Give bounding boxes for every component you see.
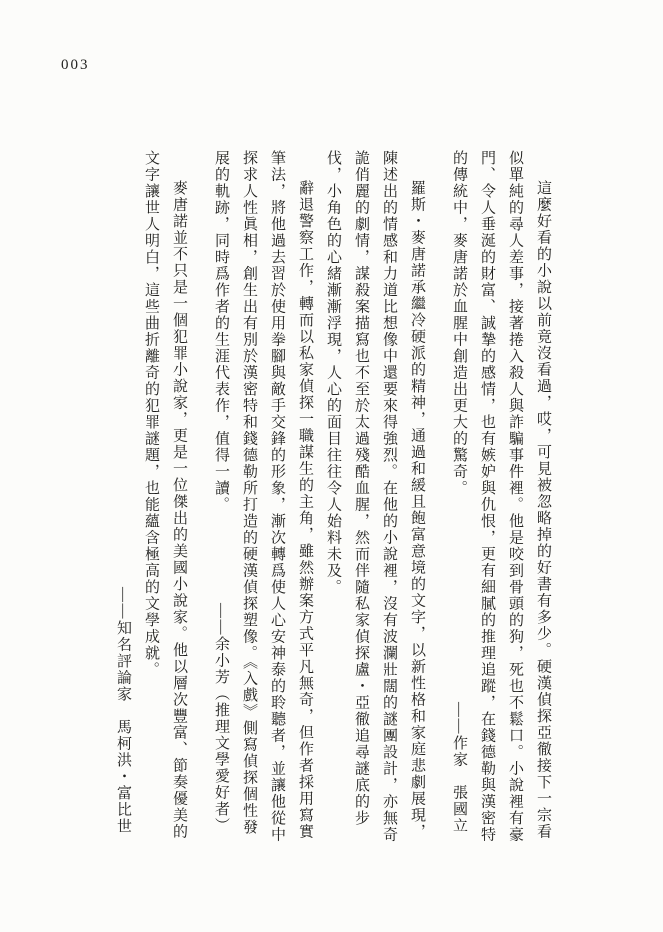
book-page: 003 這麼好看的小說以前竟沒看過，哎，可見被忽略掉的好書有多少。硬漢偵探亞徹接… xyxy=(0,0,663,932)
quote-3-attribution: ——知名評論家 馬柯洪・富比世 xyxy=(109,150,137,846)
quote-block-3: 麥唐諾並不只是一個犯罪小說家，更是一位傑出的美國小說家。他以層次豐富、節奏優美的… xyxy=(109,150,193,846)
quote-block-2: 羅斯・麥唐諾承繼冷硬派的精神，通過和緩且飽富意境的文字，以新性格和家庭悲劇展現，… xyxy=(207,150,431,846)
quote-2-paragraph-1: 羅斯・麥唐諾承繼冷硬派的精神，通過和緩且飽富意境的文字，以新性格和家庭悲劇展現，… xyxy=(319,150,431,846)
page-number: 003 xyxy=(61,57,90,74)
quote-block-1: 這麼好看的小說以前竟沒看過，哎，可見被忽略掉的好書有多少。硬漢偵探亞徹接下一宗看… xyxy=(445,150,557,846)
endorsements-text-area: 這麼好看的小說以前竟沒看過，哎，可見被忽略掉的好書有多少。硬漢偵探亞徹接下一宗看… xyxy=(109,150,557,846)
quote-3-paragraph-1: 麥唐諾並不只是一個犯罪小說家，更是一位傑出的美國小說家。他以層次豐富、節奏優美的… xyxy=(137,150,193,846)
